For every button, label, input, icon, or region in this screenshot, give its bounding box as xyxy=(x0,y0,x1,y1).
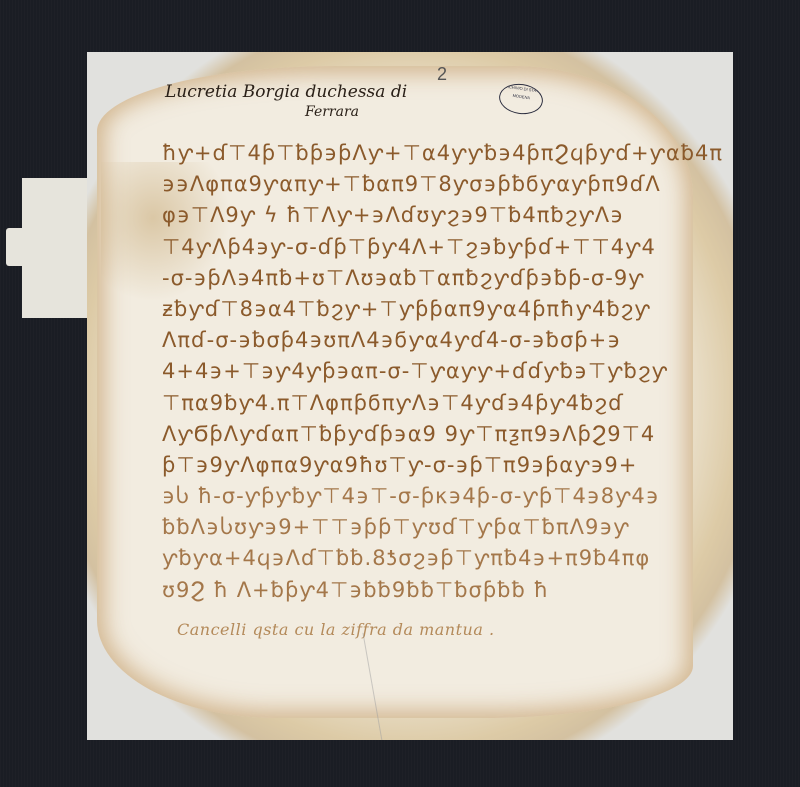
attached-paper-tab xyxy=(22,178,92,318)
cipher-text-block: ħƴ+ɗ⊤4ƥ⊤ƀƥ϶ƥɅƴ+⊤α4ƴƴƀ϶4ƥπϨϥƥƴɗ+ƴαƀ4π ϶϶Ʌ… xyxy=(162,138,722,606)
cipher-line: -σ-϶ƥɅ϶4πƀ+ʊ⊤Ʌʊ϶αƀ⊤απƀϩƴɗƥ϶ƀƥ-σ-9ƴ xyxy=(162,263,722,294)
cipher-line: ƀƀɅ϶Ⴑʊƴ϶9+⊤⊤϶ƥƥ⊤ƴʊɗ⊤ƴƥα⊤ƀπɅ9϶ƴ xyxy=(162,512,722,543)
cipher-line: ⊤4ƴɅƥ4϶ƴ-σ-ɗƥ⊤ƥƴ4Ʌ+⊤ϩ϶ƀƴƥɗ+⊤⊤4ƴ4 xyxy=(162,232,722,263)
cipher-line: ƶƀƴɗ⊤8϶α4⊤ƀϩƴ+⊤ƴƥƥαπ9ƴα4ƥπħƴ4ƀϩƴ xyxy=(162,294,722,325)
manuscript-page: Lucretia Borgia duchessa di Ferrara 2 AR… xyxy=(87,52,733,740)
cipher-line: Ʌπɗ-σ-϶ƀσƥ4϶ʊπɅ4϶ϭƴα4ƴɗ4-σ-϶ƀσƥ+϶ xyxy=(162,325,722,356)
cipher-line: ħƴ+ɗ⊤4ƥ⊤ƀƥ϶ƥɅƴ+⊤α4ƴƴƀ϶4ƥπϨϥƥƴɗ+ƴαƀ4π xyxy=(162,138,722,169)
cipher-line: 4+4϶+⊤϶ƴ4ƴƥ϶απ-σ-⊤ƴαƴƴ+ɗɗƴƀ϶⊤ƴƀϩƴ xyxy=(162,356,722,387)
attached-paper-notch xyxy=(6,228,26,266)
header-annotation-line1: Lucretia Borgia duchessa di xyxy=(165,82,407,102)
cipher-line: ƥ⊤϶9ƴɅφπα9ƴα9ħʊ⊤ƴ-σ-϶ƥ⊤π9϶ƥαƴ϶9+ xyxy=(162,450,722,481)
cipher-line: φ϶⊤Ʌ9ƴ ϟ ħ⊤Ʌƴ+϶Ʌɗʊƴϩ϶9⊤ƀ4πƀϩƴɅ϶ xyxy=(162,200,722,231)
cipher-line: ʊ9Ϩ ħ Ʌ+ƀƥƴ4⊤϶ƀƀ9ƀƀ⊤ƀσƥƀƀ ħ xyxy=(162,575,722,606)
header-annotation: Lucretia Borgia duchessa di Ferrara xyxy=(165,82,407,122)
footer-annotation: Cancelli qsta cu la ziffra da mantua . xyxy=(177,620,495,639)
cipher-line: ⊤πα9ƀƴ4.π⊤ɅφπƥϭπƴɅ϶⊤4ƴɗ϶4ƥƴ4ƀϩɗ xyxy=(162,388,722,419)
cipher-line: ϶϶Ʌφπα9ƴαπƴ+⊤ƀαπ9⊤8ƴσ϶ƥƀϭƴαƴƥπ9ɗɅ xyxy=(162,169,722,200)
cipher-line: ƴƀƴα+4ϥ϶Ʌɗ⊤ƀƀ.8ƾσϩ϶ƥ⊤ƴπƀ4϶+π9ƀ4πφ xyxy=(162,543,722,574)
cipher-line: ɅƴϬƥɅƴɗαπ⊤ƀƥƴɗƥ϶α9 9ƴ⊤πƺπ9϶ɅƥϨ9⊤4 xyxy=(162,419,722,450)
header-annotation-line2: Ferrara xyxy=(165,102,407,122)
folio-number: 2 xyxy=(437,64,447,85)
cipher-line: ϶Ⴑ ħ-σ-ƴƥƴƀƴ⊤4϶⊤-σ-ƥκ϶4ƥ-σ-ƴƥ⊤4϶8ƴ4϶ xyxy=(162,481,722,512)
